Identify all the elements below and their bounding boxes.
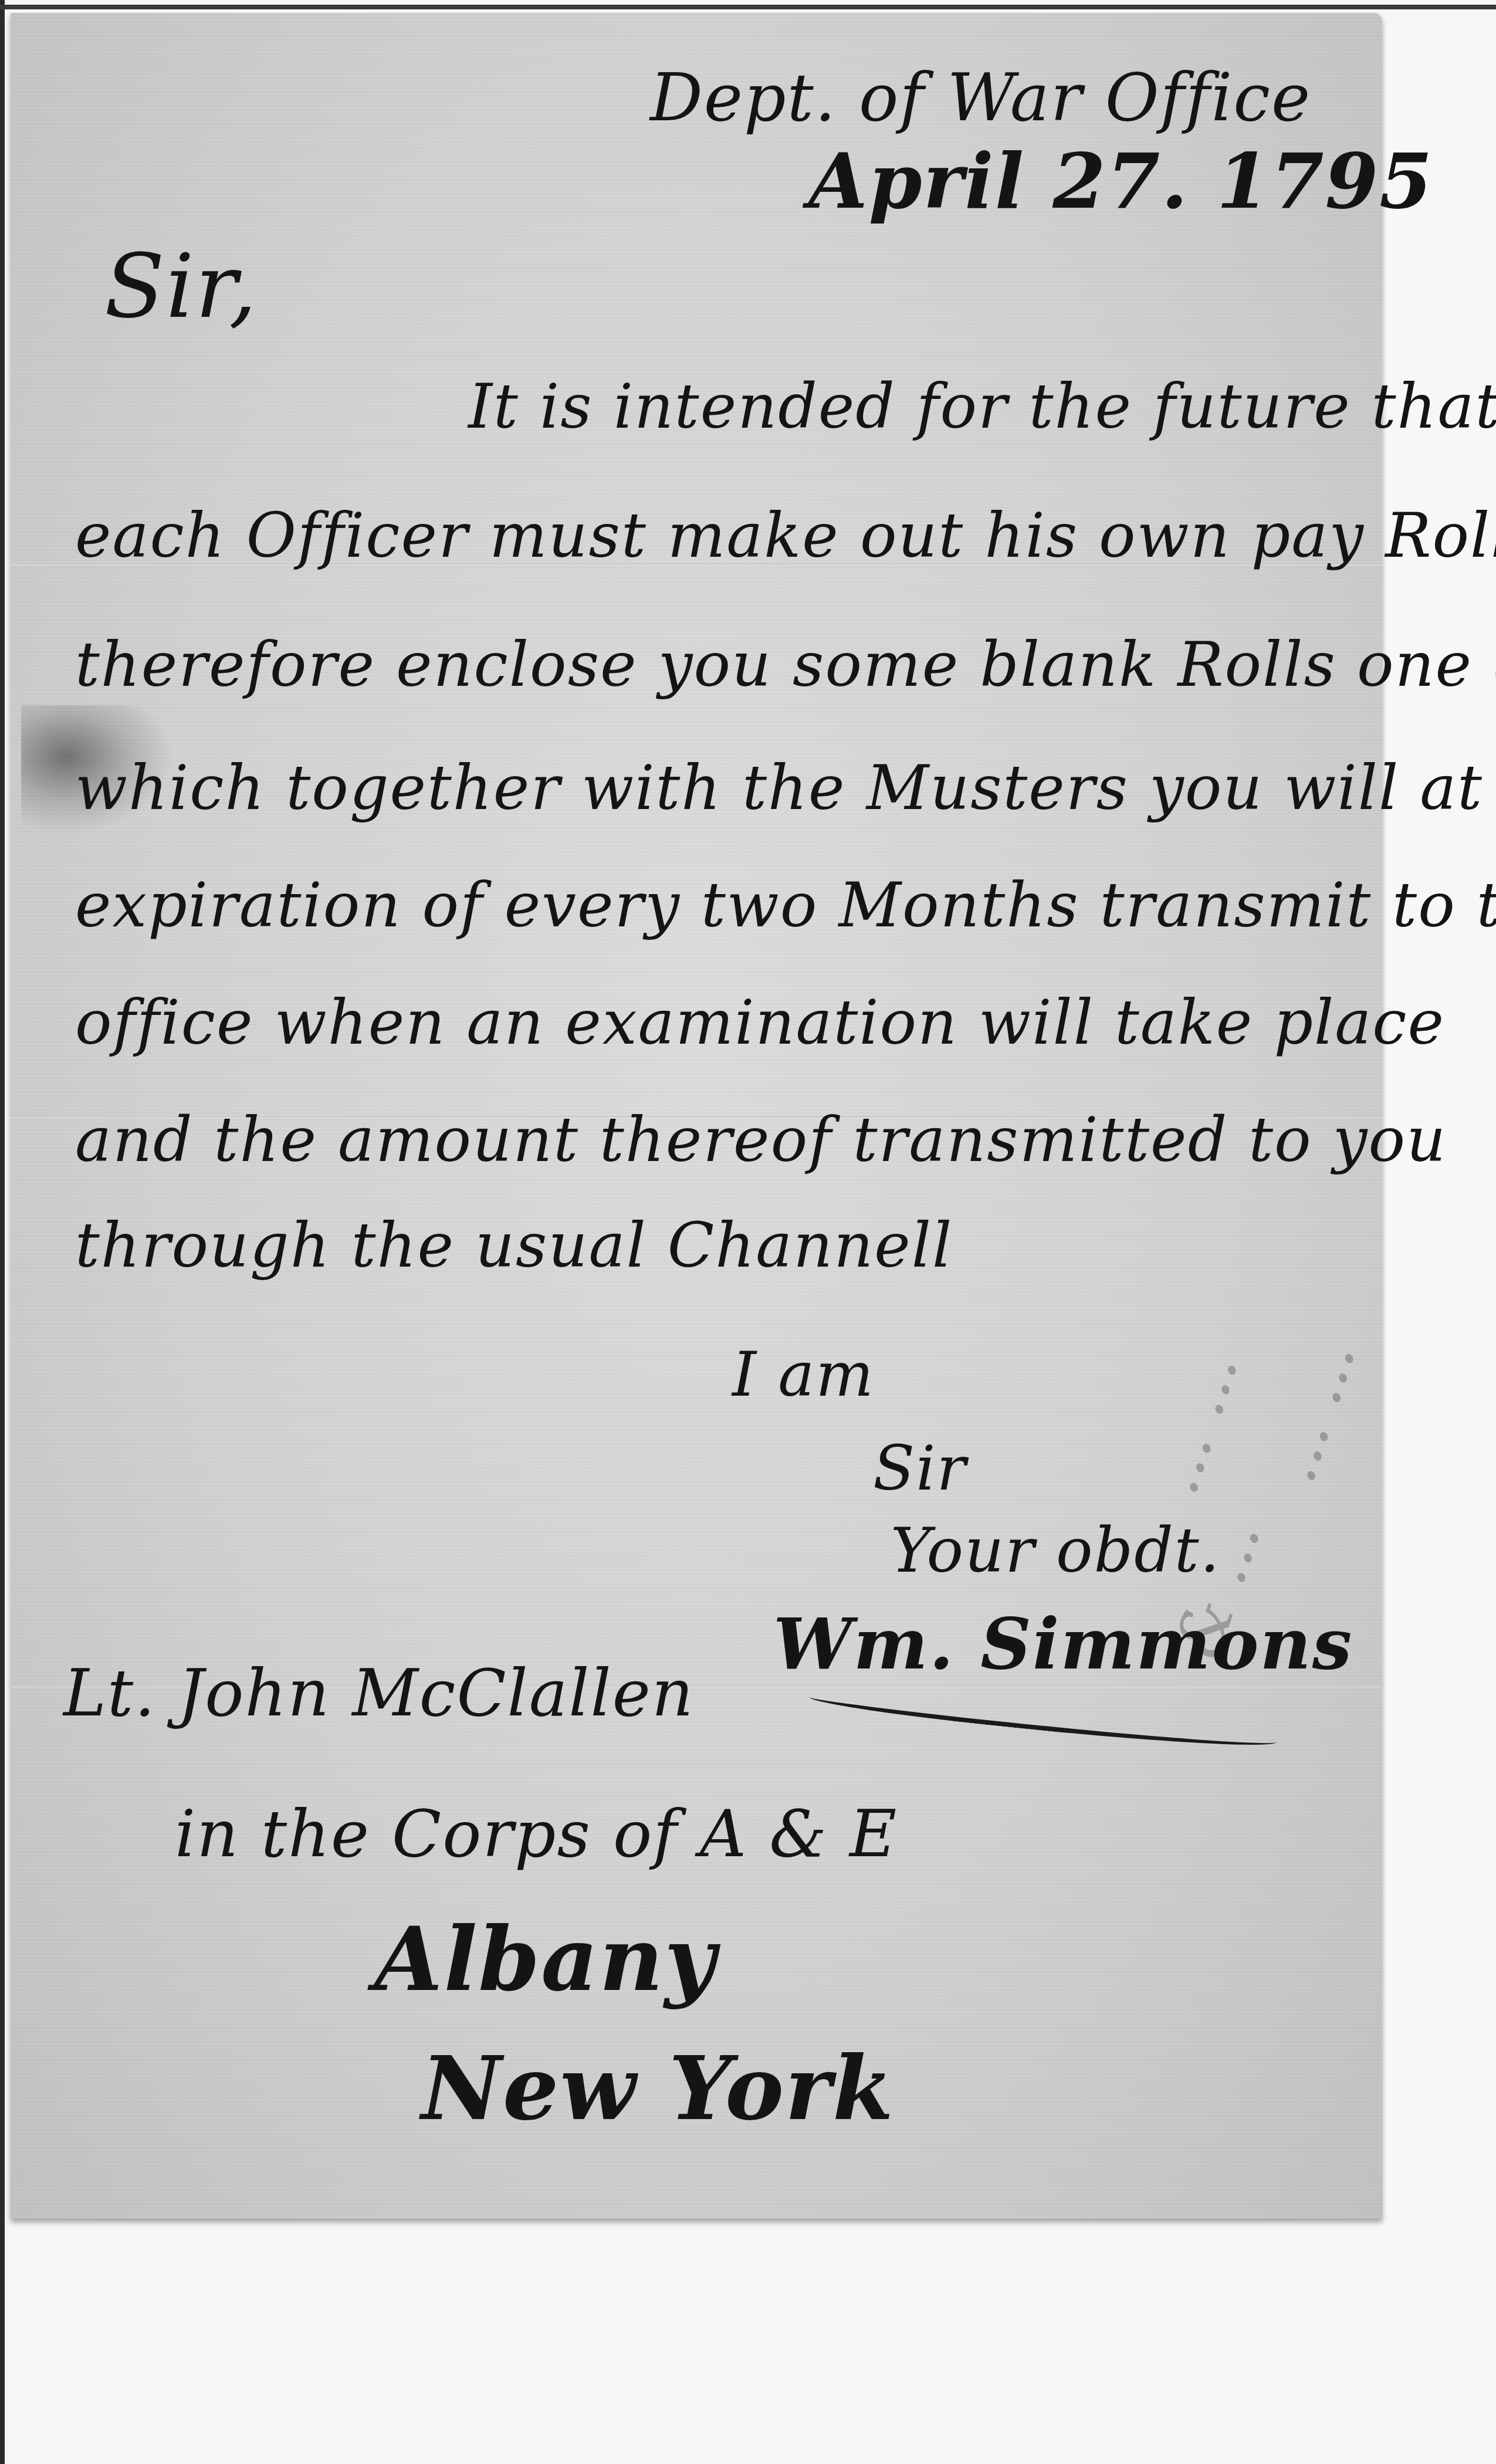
scan-border-left — [0, 0, 5, 2464]
body-line: office when an examination will take pla… — [75, 987, 1445, 1058]
body-line: each Officer must make out his own pay R… — [75, 500, 1496, 571]
letter-sheet: ... ... ... ... & ... Dept. of War Offic… — [11, 13, 1382, 2219]
body-line: It is intended for the future that — [468, 371, 1496, 442]
bleed-through-text: ... ... — [1254, 1331, 1370, 1491]
body-line: which together with the Musters you will… — [75, 752, 1496, 824]
heading-date: April 27. 1795 — [808, 136, 1434, 226]
closing-line: I am — [732, 1339, 875, 1410]
signature-flourish — [808, 1684, 1278, 1755]
address-city: Albany — [374, 1908, 717, 2011]
heading-office: Dept. of War Office — [650, 60, 1311, 136]
body-line: therefore enclose you some blank Rolls o… — [75, 629, 1496, 700]
signature: Wm. Simmons — [773, 1603, 1353, 1685]
salutation: Sir, — [104, 236, 258, 338]
address-state: New York — [421, 2037, 895, 2140]
bleed-through-text: ... ... — [1137, 1343, 1253, 1502]
closing-line: Your obdt. — [891, 1515, 1221, 1586]
scan-border-top — [0, 5, 1496, 9]
body-line: expiration of every two Months transmit … — [75, 869, 1496, 941]
address-unit: in the Corps of A & E — [175, 1796, 898, 1871]
body-line: through the usual Channell — [75, 1210, 953, 1281]
closing-line: Sir — [873, 1433, 967, 1504]
body-line: and the amount thereof transmitted to yo… — [75, 1104, 1447, 1176]
address-recipient: Lt. John McClallen — [63, 1656, 695, 1731]
